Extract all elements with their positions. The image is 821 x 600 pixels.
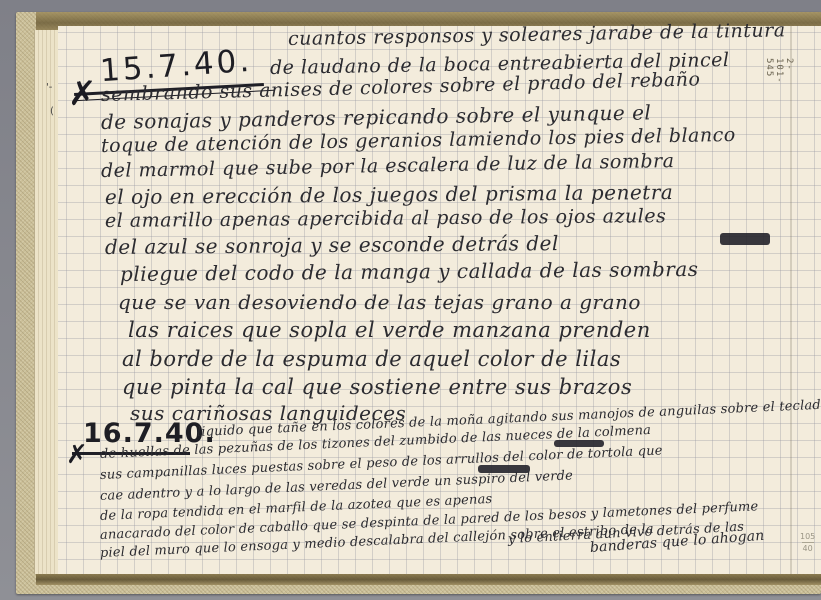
text-line: pliegue del codo de la manga y callada d… (120, 257, 699, 286)
ink-blot-crossout (720, 233, 770, 245)
page-fold-line (790, 26, 792, 574)
text-line: que pinta la cal que sostiene entre sus … (122, 375, 632, 399)
scribble-mark: ✗ (66, 440, 88, 470)
scribble-mark: ✗ (68, 74, 97, 114)
margin-mark: ( (50, 106, 54, 117)
folio-bottom: 40 (803, 544, 813, 553)
cover-bottom-edge (36, 573, 821, 585)
text-line: el ojo en erección de los juegos del pri… (105, 180, 673, 209)
folio-number: 105 40 (800, 532, 815, 553)
folio-divider (802, 542, 814, 543)
text-line: que se van desoviendo de las tejas grano… (118, 290, 641, 314)
catalogue-number: 2-101-545 (764, 58, 794, 85)
margin-mark: '- (46, 82, 52, 93)
folio-top: 105 (800, 532, 815, 541)
text-line: las raices que sopla el verde manzana pr… (128, 318, 651, 342)
text-line: del azul se sonroja y se esconde detrás … (105, 231, 559, 259)
text-line: al borde de la espuma de aquel color de … (122, 347, 621, 371)
